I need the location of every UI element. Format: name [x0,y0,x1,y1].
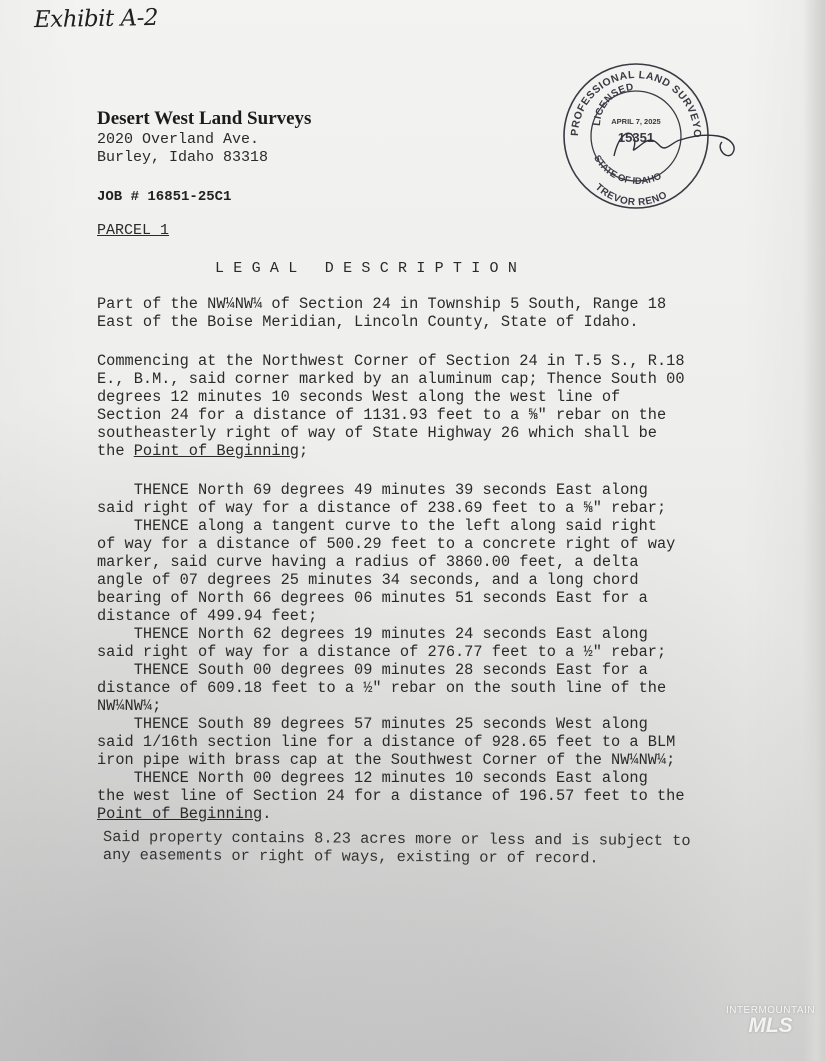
text-line: THENCE South 89 degrees 57 minutes 25 se… [97,715,685,733]
text-line: East of the Boise Meridian, Lincoln Coun… [97,313,666,331]
text-line: distance of 609.18 feet to a ½" rebar on… [97,679,685,697]
seal-state: STATE OF IDAHO [591,153,663,187]
document-title: LEGAL DESCRIPTION [215,260,526,277]
mls-watermark: INTERMOUNTAIN MLS [718,1005,823,1036]
text-line: iron pipe with brass cap at the Southwes… [97,751,685,769]
text-line: angle of 07 degrees 25 minutes 34 second… [97,571,685,589]
text-line: Part of the NW¼NW¼ of Section 24 in Town… [97,295,666,313]
parcel-label: PARCEL 1 [97,222,169,239]
text-line: said right of way for a distance of 276.… [97,643,685,661]
text-line: said 1/16th section line for a distance … [97,733,685,751]
seal-date: APRIL 7, 2025 [611,117,660,126]
closing-paragraph: Said property contains 8.23 acres more o… [103,828,691,868]
text-line: Section 24 for a distance of 1131.93 fee… [97,406,685,424]
text-line: the Point of Beginning; [97,442,685,460]
text-line: THENCE along a tangent curve to the left… [97,517,685,535]
commencing-paragraph: Commencing at the Northwest Corner of Se… [97,352,685,460]
text-line: NW¼NW¼; [97,697,685,715]
bearing-calls: THENCE North 69 degrees 49 minutes 39 se… [97,481,685,823]
text-line: bearing of North 66 degrees 06 minutes 5… [97,589,685,607]
text-line: said right of way for a distance of 238.… [97,499,685,517]
text-line: Commencing at the Northwest Corner of Se… [97,352,685,370]
company-address-line2: Burley, Idaho 83318 [97,149,268,166]
paper-edge [803,0,825,1061]
point-of-beginning: Point of Beginning [97,805,262,823]
text-line: THENCE North 69 degrees 49 minutes 39 se… [97,481,685,499]
text-line: THENCE North 62 degrees 19 minutes 24 se… [97,625,685,643]
text-line: marker, said curve having a radius of 38… [97,553,685,571]
handwritten-exhibit-label: Exhibit A-2 [34,5,159,33]
company-address-line1: 2020 Overland Ave. [97,131,259,148]
text-line: degrees 12 minutes 10 seconds West along… [97,388,685,406]
seal-license-number: 15351 [618,130,654,145]
point-of-beginning: Point of Beginning [134,442,299,460]
surveyor-seal: PROFESSIONAL LAND SURVEYOR LICENSED APRI… [556,56,756,216]
text-line: Point of Beginning. [97,805,685,823]
svg-text:STATE OF IDAHO: STATE OF IDAHO [591,153,663,187]
intro-paragraph: Part of the NW¼NW¼ of Section 24 in Town… [97,295,666,331]
text-line: THENCE South 00 degrees 09 minutes 28 se… [97,661,685,679]
text-line: THENCE North 00 degrees 12 minutes 10 se… [97,769,685,787]
watermark-line2: MLS [718,1016,823,1036]
text-line: southeasterly right of way of State High… [97,424,685,442]
text-line: E., B.M., said corner marked by an alumi… [97,370,685,388]
text-line: of way for a distance of 500.29 feet to … [97,535,685,553]
job-number: JOB # 16851-25C1 [97,189,231,205]
company-name: Desert West Land Surveys [97,108,311,130]
text-line: distance of 499.94 feet; [97,607,685,625]
text-line: the west line of Section 24 for a distan… [97,787,685,805]
